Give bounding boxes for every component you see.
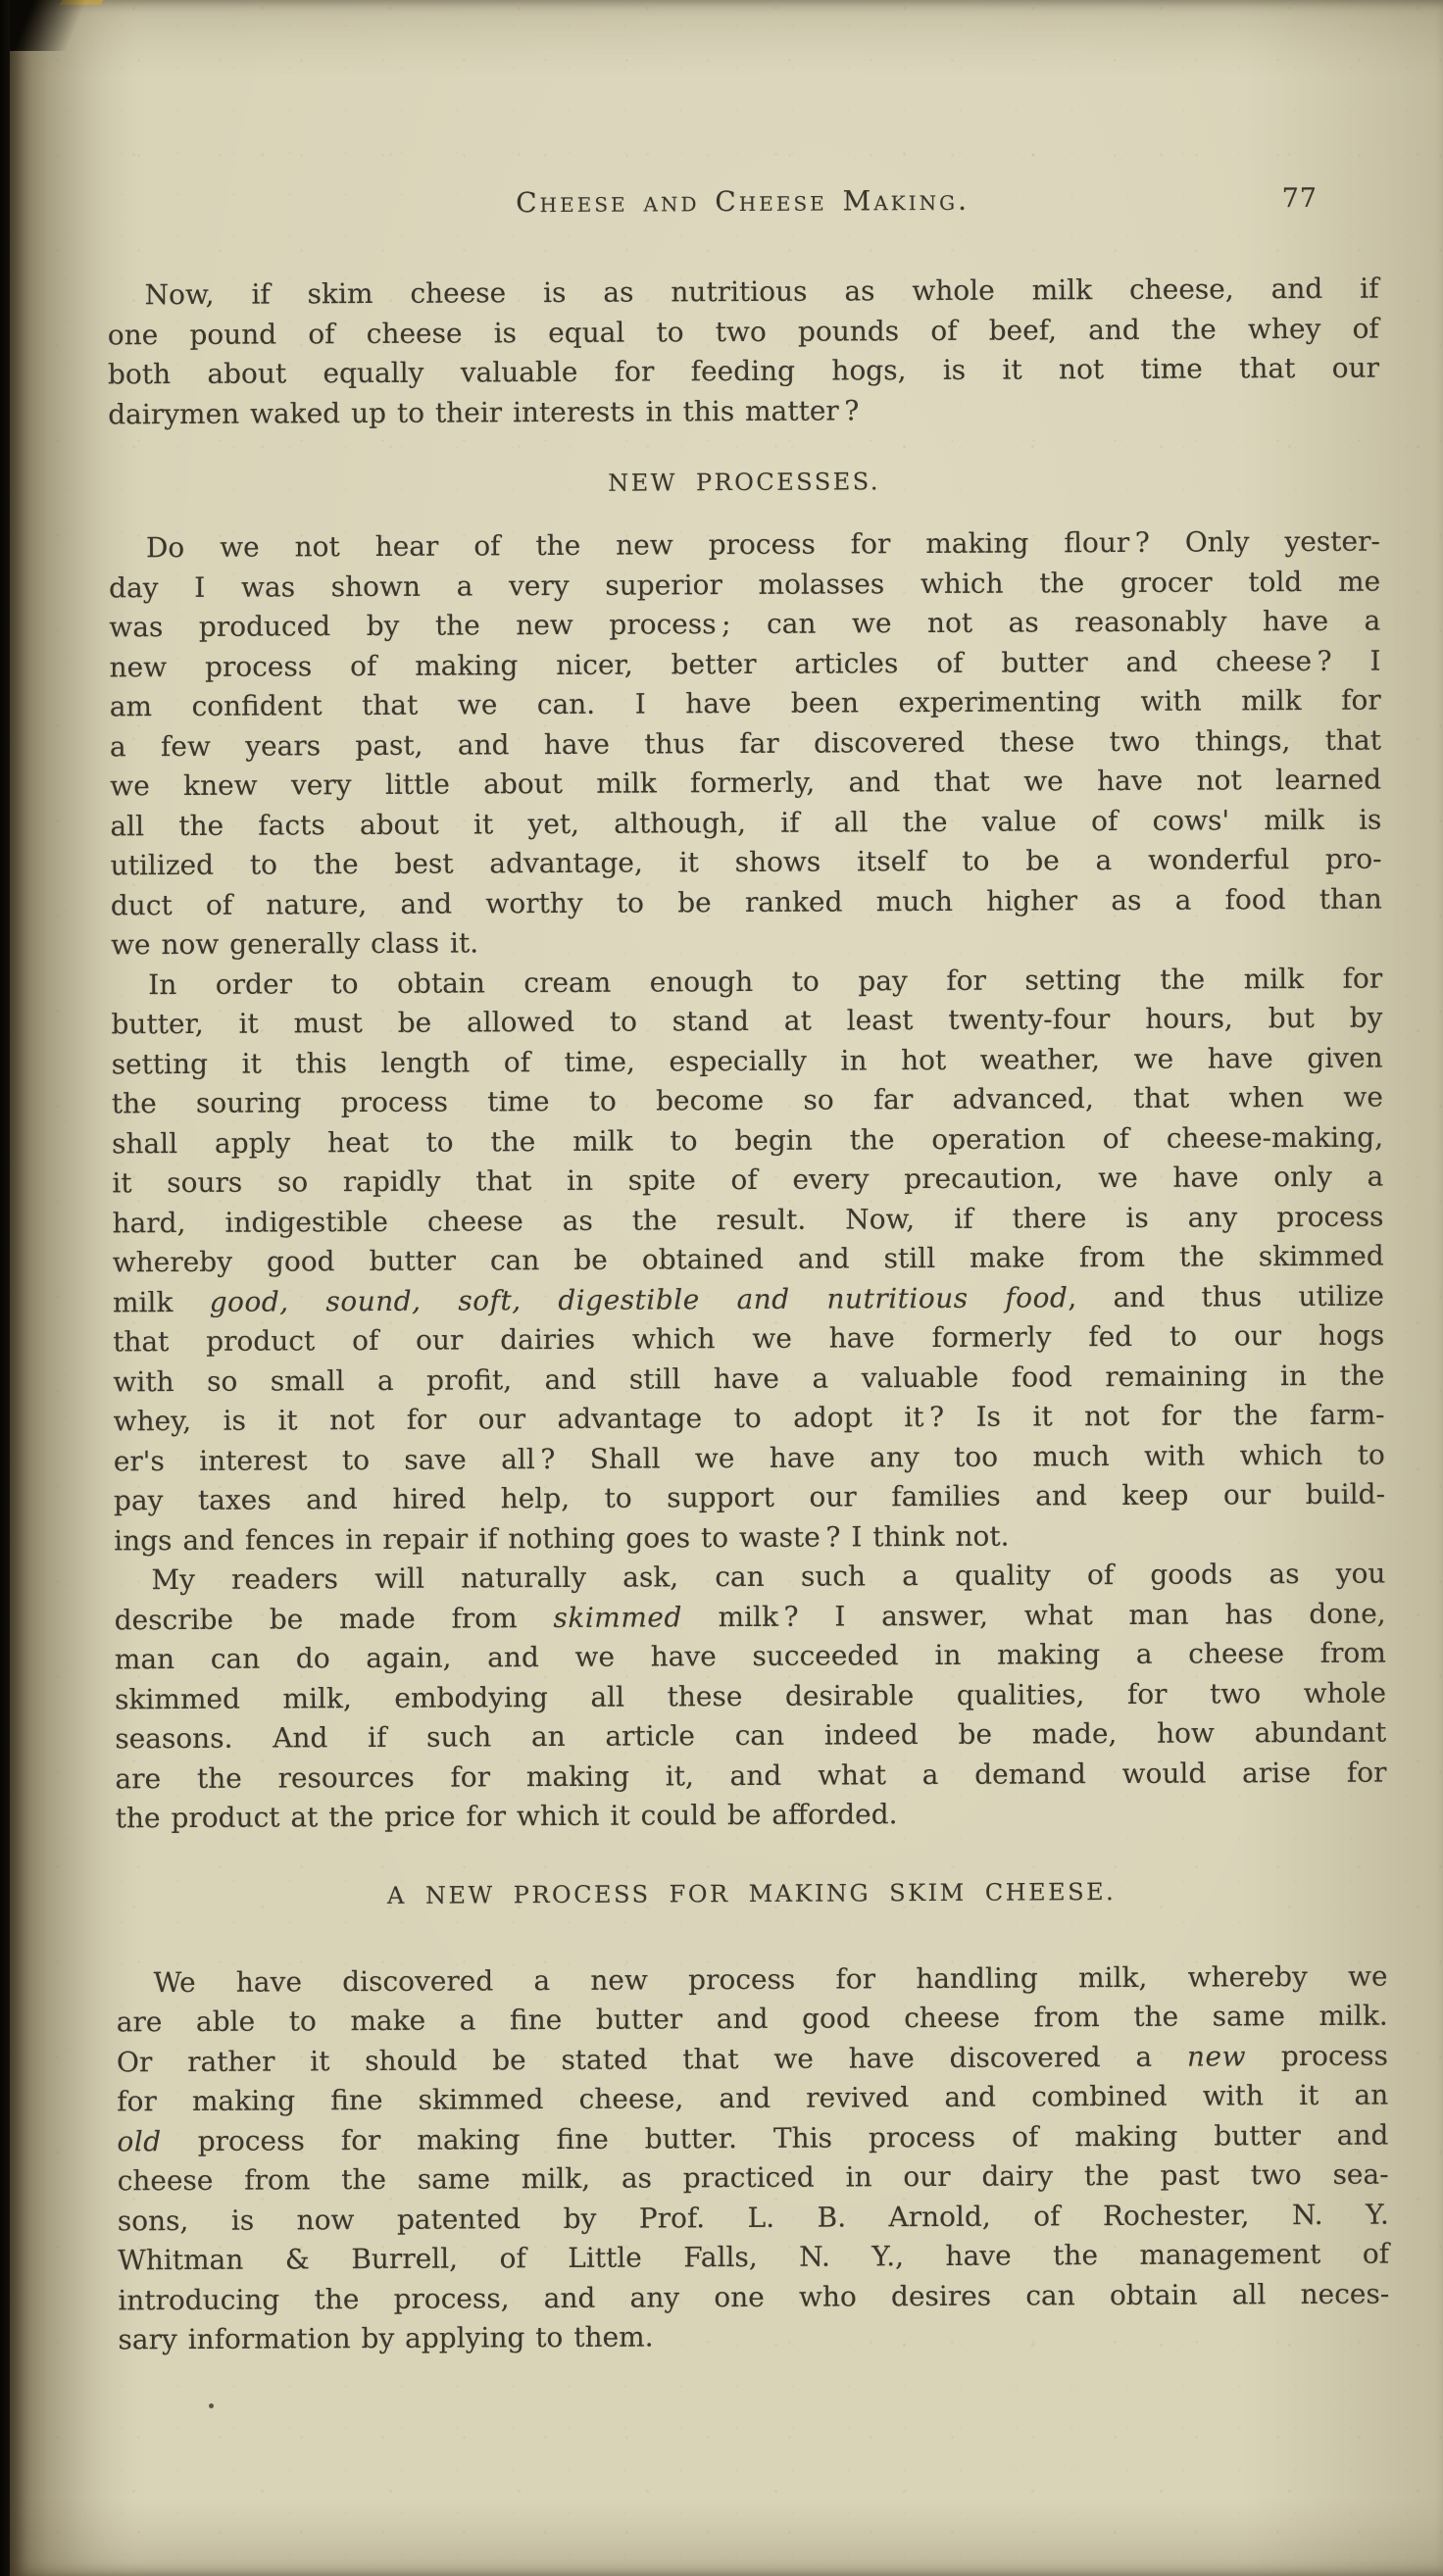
text-line: both about equally valuable for feeding … (108, 349, 1379, 395)
text-line: we now generally class it. (111, 919, 1382, 966)
text-line: describe be made from skimmed milk ? I a… (115, 1594, 1386, 1640)
text-line: Now, if skim cheese is as nutritious as … (107, 270, 1378, 316)
text-line: that product of our dairies which we hav… (113, 1316, 1384, 1362)
text-line: old process for making fine butter. This… (117, 2115, 1388, 2161)
text-line: man can do again, and we have succeeded … (115, 1634, 1386, 1680)
page-edge-glint (59, 0, 103, 5)
text-line: are the resources for making it, and wha… (115, 1753, 1386, 1799)
body-text: Now, if skim cheese is as nutritious as … (107, 270, 1389, 2360)
text-line: butter, it must be allowed to stand at l… (111, 999, 1382, 1045)
text-line: was produced by the new process ; can we… (109, 602, 1380, 648)
section-heading: NEW PROCESSES. (108, 463, 1379, 503)
text-line: the souring process time to become so fa… (112, 1078, 1383, 1124)
text-line: a few years past, and have thus far disc… (110, 720, 1381, 767)
text-line: all the facts about it yet, although, if… (110, 800, 1381, 846)
text-line: seasons. And if such an article can inde… (115, 1713, 1386, 1759)
text-line: skimmed milk, embodying all these desira… (115, 1673, 1386, 1719)
text-line: day I was shown a very superior molasses… (109, 562, 1380, 608)
section-heading: A NEW PROCESS FOR MAKING SKIM CHEESE. (116, 1873, 1387, 1913)
text-line: Do we not hear of the new process for ma… (109, 522, 1380, 569)
text-line: we knew very little about milk formerly,… (110, 761, 1381, 807)
text-line: hard, indigestible cheese as the result.… (112, 1197, 1383, 1243)
book-page: Cheese and Cheese Making. 77 Now, if ski… (10, 0, 1443, 2576)
text-line: are able to make a fine butter and good … (117, 1997, 1388, 2043)
text-line: ings and fences in repair if nothing goe… (114, 1514, 1385, 1560)
text-line: In order to obtain cream enough to pay f… (111, 959, 1382, 1005)
ink-speck (209, 2403, 214, 2408)
text-line: My readers will naturally ask, can such … (114, 1555, 1385, 1601)
paragraph: Do we not hear of the new process for ma… (109, 522, 1382, 966)
text-line: new process of making nicer, better arti… (109, 641, 1380, 687)
text-line: one pound of cheese is equal to two poun… (108, 309, 1379, 355)
text-line: We have discovered a new process for han… (116, 1957, 1387, 2003)
text-line: Whitman & Burrell, of Little Falls, N. Y… (118, 2235, 1389, 2281)
paragraph: We have discovered a new process for han… (116, 1957, 1389, 2360)
text-line: whey, is it not for our advantage to ado… (113, 1396, 1384, 1442)
book-binding-edge (0, 0, 10, 2576)
text-line: it sours so rapidly that in spite of eve… (112, 1158, 1383, 1204)
text-line: dairymen waked up to their interests in … (108, 388, 1379, 434)
text-line: duct of nature, and worthy to be ranked … (111, 879, 1382, 925)
text-line: cheese from the same milk, as practiced … (118, 2155, 1389, 2202)
text-line: with so small a profit, and still have a… (113, 1356, 1384, 1402)
paragraph: In order to obtain cream enough to pay f… (111, 959, 1385, 1560)
text-line: the product at the price for which it co… (116, 1793, 1387, 1839)
text-line: introducing the process, and any one who… (118, 2274, 1389, 2320)
paragraph: My readers will naturally ask, can such … (114, 1555, 1386, 1839)
scanned-page: Cheese and Cheese Making. 77 Now, if ski… (0, 0, 1443, 2576)
text-line: utilized to the best advantage, it shows… (111, 840, 1382, 886)
paragraph: Now, if skim cheese is as nutritious as … (107, 270, 1379, 435)
text-line: sons, is now patented by Prof. L. B. Arn… (118, 2195, 1389, 2241)
text-line: Or rather it should be stated that we ha… (117, 2036, 1388, 2082)
text-line: am confident that we can. I have been ex… (110, 681, 1381, 727)
text-line: shall apply heat to the milk to begin th… (112, 1117, 1383, 1164)
running-title: Cheese and Cheese Making. (516, 184, 970, 219)
running-header: Cheese and Cheese Making. 77 (107, 179, 1378, 225)
text-line: sary information by applying to them. (118, 2314, 1389, 2360)
text-line: milk good, sound, soft, digestible and n… (113, 1276, 1384, 1322)
text-line: pay taxes and hired help, to support our… (114, 1475, 1385, 1521)
text-line: er's interest to save all ? Shall we hav… (114, 1435, 1385, 1481)
page-content: Cheese and Cheese Making. 77 Now, if ski… (106, 0, 1390, 2360)
text-line: whereby good butter can be obtained and … (113, 1237, 1384, 1283)
text-line: setting it this length of time, especial… (112, 1038, 1383, 1084)
text-line: for making fine skimmed cheese, and revi… (117, 2076, 1388, 2122)
page-number: 77 (1282, 179, 1319, 219)
